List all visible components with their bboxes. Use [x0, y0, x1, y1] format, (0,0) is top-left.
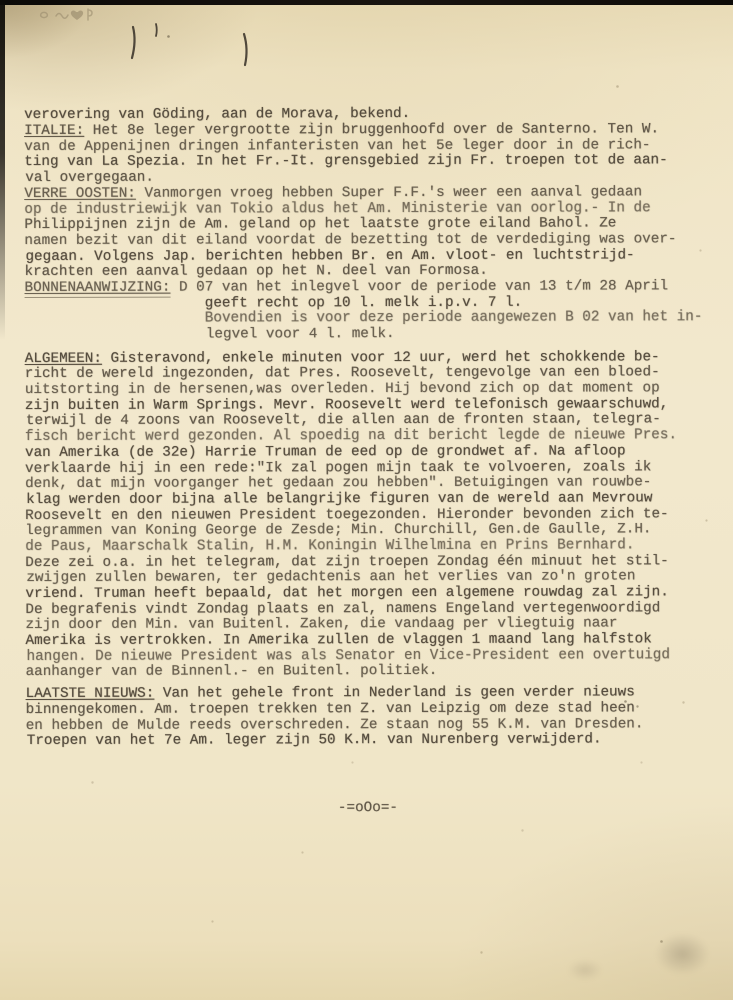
handwritten-marks-layer	[0, 0, 733, 1000]
pen-strokes	[132, 24, 247, 65]
paper-sheet: verovering van Göding, aan de Morava, be…	[0, 0, 733, 1000]
pencil-scribble	[41, 9, 92, 20]
scan-edge-top	[0, 0, 733, 5]
scan-edge-left	[0, 0, 5, 340]
scanned-document-screenshot: { "page": { "paper_color": "#f0e5c6", "i…	[0, 0, 733, 1000]
